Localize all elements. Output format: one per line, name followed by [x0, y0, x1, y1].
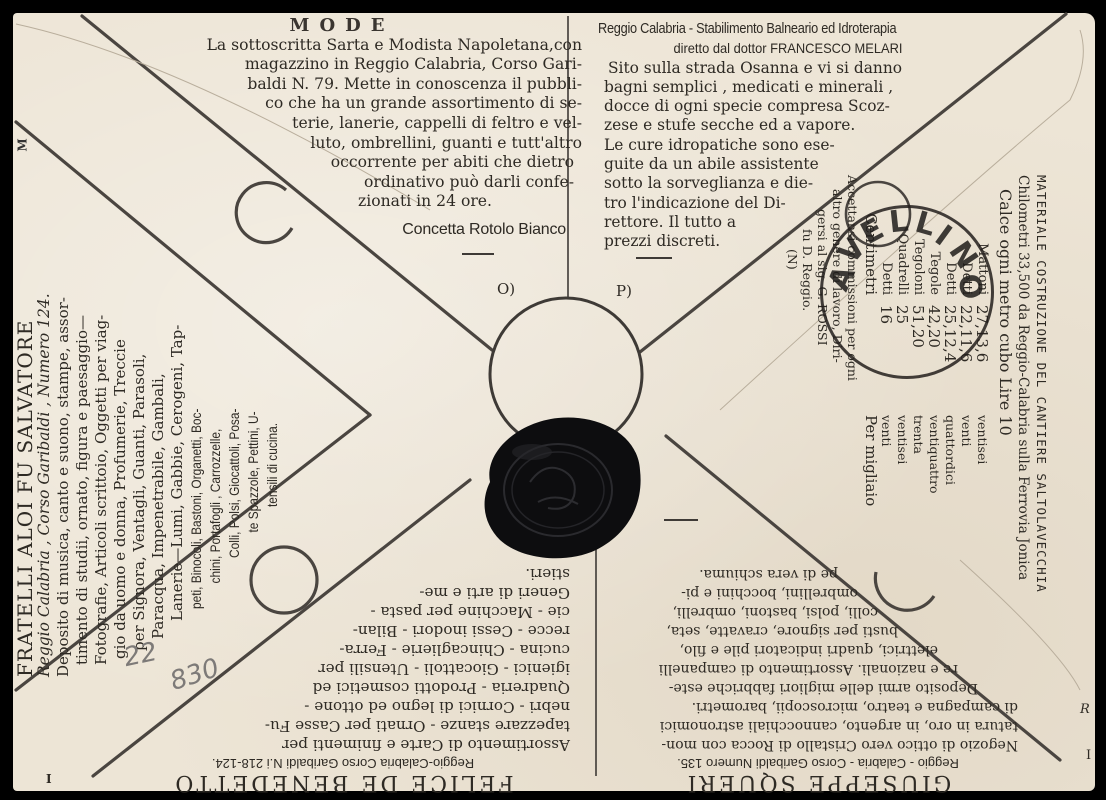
ad-squeri-title: GIUSEPPE SQUERI — [598, 773, 1038, 792]
ad-benedetto-line: Generi di arti e me- — [108, 583, 570, 602]
ad-squeri-line: di campagna e teatro, microscopii, barom… — [598, 697, 1018, 716]
ad-mode-line: La sottoscritta Sarta e Modista Napoleta… — [142, 36, 582, 56]
ad-benedetto-line: cucina - Chincaglierie - Ferra- — [108, 640, 570, 659]
ad-aloi-title: FRATELLI ALOI FU SALVATORE — [16, 117, 35, 677]
item-price: ventisei — [894, 415, 910, 545]
wax-seal — [478, 412, 642, 562]
ad-benedetto-line: recce - Cessi inodori - Bilan- — [108, 621, 570, 640]
ad-melari-line: Le cure idropatiche sono ese- — [598, 136, 1028, 155]
ad-squeri-line: pe di vera schiuma. — [598, 564, 1018, 583]
ad-aloi-subtitle: Reggio Calabria , Corso Garibaldi , Nume… — [35, 117, 54, 677]
ad-melari-line: bagni semplici , medicati e minerali , — [598, 78, 1028, 97]
ad-aloi-corner-letter: M — [16, 138, 30, 151]
ad-squeri-line: re e nazionali. Assortimento di campanel… — [598, 659, 1018, 678]
ad-squeri-subtitle: Reggio - Calabria - Corso Garibaldi Nume… — [598, 754, 1038, 773]
ad-mode-title: MODE — [142, 16, 542, 36]
ad-squeri-line: Deposito armi delle migliori fabbriche e… — [598, 678, 1018, 697]
ad-melari-header: Reggio Calabria - Stabilimento Balneario… — [598, 20, 976, 39]
ad-benedetto-line: tapezzare stanze - Ornati per Casse Fu- — [108, 716, 570, 735]
ad-benedetto-line: Assortimento di Carte e finimenti per — [108, 735, 570, 754]
item-price: ventisei — [974, 415, 990, 545]
label-bottom-left: I — [46, 772, 52, 786]
ad-melari-line: guite da un abile assistente — [598, 155, 1028, 174]
ad-squeri-line: elettrici, quadri indicatori pile e filo… — [598, 640, 1018, 659]
ad-benedetto-title: FELICE DE BENEDETTO — [108, 773, 578, 792]
ad-benedetto-line: stieri. — [108, 564, 570, 583]
item-price: trenta — [910, 415, 926, 545]
ad-benedetto-line: nebri - Cornici di legno ed ottone - — [108, 697, 570, 716]
ad-squeri-line: tatura in oro, in argento, cannocchiali … — [598, 716, 1018, 735]
label-p: P) — [616, 282, 632, 300]
item-price: ventiquattro — [926, 415, 942, 545]
ad-mode-line: baldi N. 79. Mette in conoscenza il pubb… — [142, 75, 582, 95]
ad-aloi-line: Deposito di musica, canto e suono, stamp… — [54, 117, 73, 677]
ad-melari-line: zese e stufe secche ed a vapore. — [598, 116, 1028, 135]
item-price: quattordici — [942, 415, 958, 545]
label-bottom-right: I — [1086, 748, 1091, 763]
label-r: R — [1080, 702, 1090, 717]
ad-benedetto-line: cie - Macchine per pasta - — [108, 602, 570, 621]
ad-squeri: GIUSEPPE SQUERI Reggio - Calabria - Cors… — [598, 540, 1038, 792]
item-price: venti — [878, 415, 894, 545]
ad-squeri-line: ombrellini, bocchini e pi- — [598, 583, 1018, 602]
ad-melari-director: diretto dal dottor FRANCESCO MELARI — [613, 39, 963, 58]
label-o: O) — [497, 280, 515, 298]
ad-aloi-line: timento di studii, ornato, figura e paes… — [73, 117, 92, 677]
item-price: venti — [958, 415, 974, 545]
ad-melari-line: docce di ogni specie compresa Scoz- — [598, 97, 1028, 116]
ad-squeri-line: Negozio di ottico vero Cristallo di Rocc… — [598, 735, 1018, 754]
ad-squeri-line: busti per signore, cravatte, seta, — [598, 621, 1018, 640]
ad-mode-line: magazzino in Reggio Calabria, Corso Gari… — [142, 55, 582, 75]
ad-squeri-line: colli, polsi, bastoni, ombrelli, — [598, 602, 1018, 621]
ad-melari-line: Sito sulla strada Osanna e vi si danno — [598, 59, 1028, 78]
ad-mode-line: co che ha un grande assortimento di se- — [142, 94, 582, 114]
